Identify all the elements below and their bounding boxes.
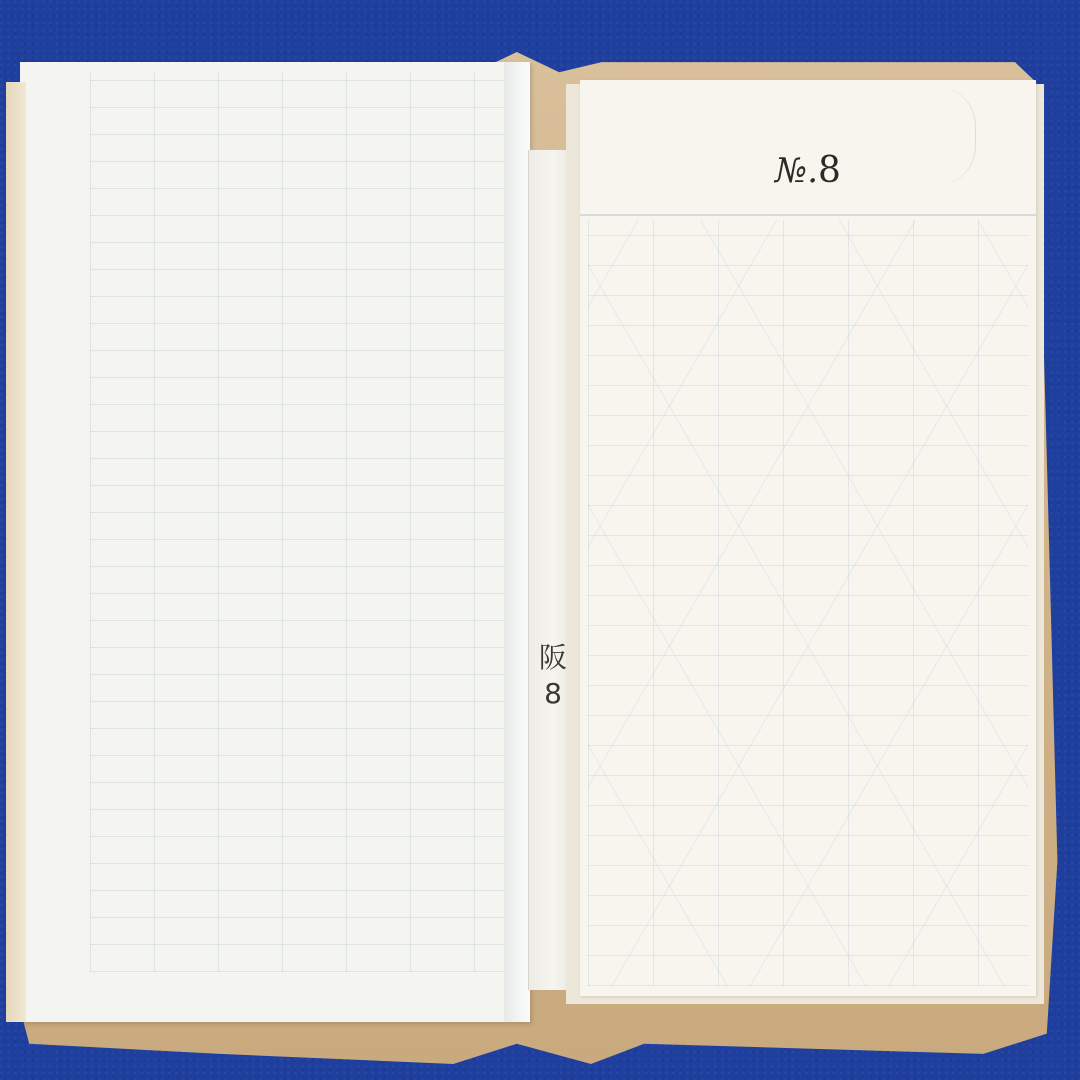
- number-prefix: №.: [775, 151, 818, 191]
- right-page-header: №.8: [580, 80, 1036, 216]
- left-page: [20, 62, 530, 1022]
- right-page: №.8: [580, 80, 1036, 996]
- train-diagram-grid: [588, 220, 1028, 986]
- left-page-grid: [90, 72, 510, 972]
- booklet-number-label: №.8: [580, 150, 1036, 191]
- left-page-fold: [504, 62, 530, 1022]
- page-stack-edge: [6, 82, 26, 1022]
- number-value: 8: [818, 150, 841, 191]
- photo-scene: 阪 8 №.8: [0, 0, 1080, 1080]
